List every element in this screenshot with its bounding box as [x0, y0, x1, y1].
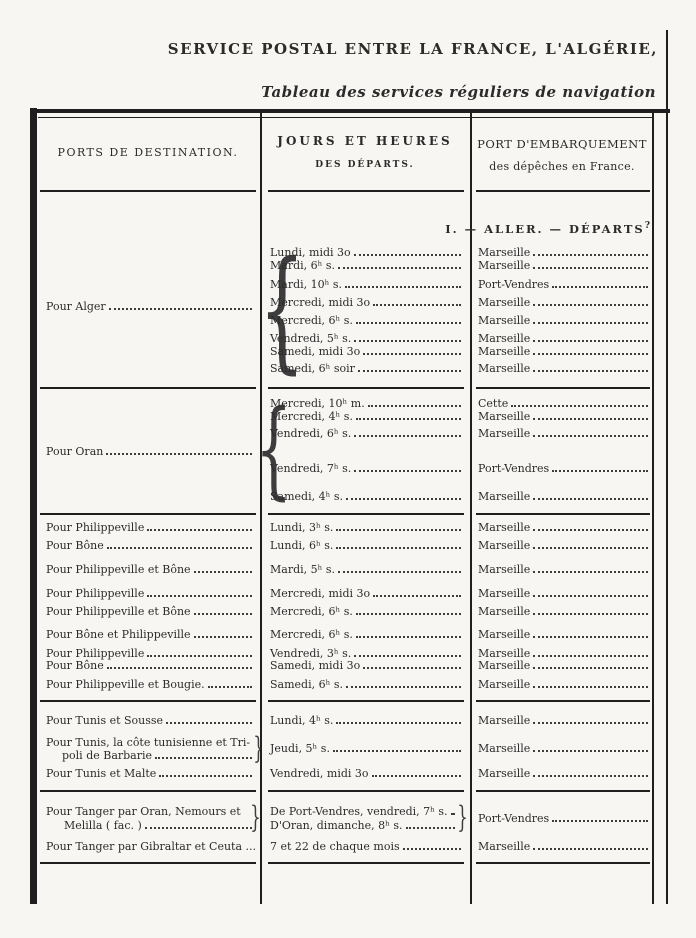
destination-label: Pour Philippeville et Bône: [46, 605, 253, 618]
block-separator: [268, 700, 464, 702]
embarkation-port: Marseille: [478, 259, 649, 272]
destination-label-line1: Pour Tanger par Oran, Nemours et: [46, 805, 253, 818]
embarkation-port: Cette: [478, 397, 649, 410]
dot-leader: [533, 529, 648, 531]
dot-leader: [372, 775, 461, 777]
dot-leader: [533, 571, 648, 573]
embarkation-port: Port-Vendres: [478, 462, 649, 475]
dot-leader: [107, 667, 252, 669]
header-ports-destination: PORTS DE DESTINATION.: [36, 146, 260, 159]
embarkation-port: Marseille: [478, 296, 649, 309]
table-border-right-outer: [666, 30, 668, 904]
dot-leader: [356, 636, 461, 638]
scanned-timetable-page: SERVICE POSTAL ENTRE LA FRANCE, L'ALGÉRI…: [0, 0, 696, 938]
destination-label: Pour Oran: [46, 445, 253, 458]
dot-leader: [145, 827, 252, 829]
page-subtitle: Tableau des services réguliers de naviga…: [0, 83, 656, 101]
departure-time: Mercredi, 4ʰ s.: [270, 410, 462, 423]
table-border-left: [30, 108, 37, 904]
dot-leader: [373, 595, 461, 597]
dot-leader: [451, 813, 455, 815]
dot-leader: [511, 405, 648, 407]
departure-time: Mercredi, midi 3o: [270, 296, 462, 309]
header-des-departs: DES DÉPARTS.: [264, 160, 466, 170]
departure-time: Vendredi, midi 3o: [270, 767, 462, 780]
header-jours-heures: JOURS ET HEURES: [264, 134, 466, 148]
dot-leader: [338, 571, 461, 573]
block-separator: [476, 862, 650, 864]
departure-time: Vendredi, 6ʰ s.: [270, 427, 462, 440]
page-title: SERVICE POSTAL ENTRE LA FRANCE, L'ALGÉRI…: [0, 40, 658, 58]
destination-label-line2: poli de Barbarie: [62, 749, 253, 762]
table-border-top-thick: [30, 109, 670, 113]
table-border-top-thin: [38, 117, 652, 118]
departure-time: Mardi, 10ʰ s.: [270, 278, 462, 291]
dot-leader: [552, 470, 648, 472]
destination-label: Pour Philippeville: [46, 521, 253, 534]
embarkation-port: Port-Vendres: [478, 812, 649, 825]
embarkation-port: Marseille: [478, 628, 649, 641]
departure-time: Mercredi, 6ʰ s.: [270, 628, 462, 641]
departure-time: Mercredi, 6ʰ s.: [270, 605, 462, 618]
dot-leader: [533, 686, 648, 688]
destination-label: Pour Philippeville et Bône: [46, 563, 253, 576]
departure-time-line2: D'Oran, dimanche, 8ʰ s.: [270, 819, 456, 832]
departure-time: Mercredi, 6ʰ s.: [270, 314, 462, 327]
block-separator: [476, 790, 650, 792]
departure-time: Mercredi, 10ʰ m.: [270, 397, 462, 410]
embarkation-port: Marseille: [478, 362, 649, 375]
dot-leader: [109, 308, 252, 310]
dot-leader: [194, 613, 252, 615]
embarkation-port: Marseille: [478, 678, 649, 691]
dot-leader: [533, 775, 648, 777]
destination-label-line1: Pour Tunis, la côte tunisienne et Tri-: [46, 736, 253, 749]
dot-leader: [338, 267, 461, 269]
embarkation-port: Marseille: [478, 521, 649, 534]
dot-leader: [159, 775, 252, 777]
dot-leader: [533, 340, 648, 342]
embarkation-port: Marseille: [478, 246, 649, 259]
header-rule-col2: [268, 190, 464, 192]
embarkation-port: Marseille: [478, 410, 649, 423]
departure-time: Mercredi, midi 3o: [270, 587, 462, 600]
destination-label: Pour Bône et Philippeville: [46, 628, 253, 641]
departure-time: Samedi, midi 3o: [270, 345, 462, 358]
embarkation-port: Marseille: [478, 767, 649, 780]
departure-time: Lundi, 4ʰ s.: [270, 714, 462, 727]
dot-leader: [533, 435, 648, 437]
destination-label: Pour Philippeville et Bougie.: [46, 678, 253, 691]
block-separator: [476, 700, 650, 702]
embarkation-port: Marseille: [478, 563, 649, 576]
dot-leader: [368, 405, 461, 407]
dot-leader: [533, 370, 648, 372]
dot-leader: [346, 498, 461, 500]
dot-leader: [356, 418, 461, 420]
dot-leader: [363, 353, 461, 355]
embarkation-port: Marseille: [478, 605, 649, 618]
dot-leader: [552, 286, 648, 288]
block-separator: [268, 387, 464, 389]
block-separator: [268, 862, 464, 864]
dot-leader: [533, 655, 648, 657]
block-separator: [40, 862, 256, 864]
embarkation-port: Marseille: [478, 332, 649, 345]
dot-leader: [533, 254, 648, 256]
label-brace: }: [253, 733, 264, 765]
dot-leader: [194, 636, 252, 638]
dot-leader: [363, 667, 461, 669]
dot-leader: [166, 722, 252, 724]
dot-leader: [533, 304, 648, 306]
dot-leader: [358, 370, 461, 372]
dot-leader: [552, 820, 648, 822]
departure-time: 7 et 22 de chaque mois: [270, 840, 462, 853]
dot-leader: [533, 667, 648, 669]
departure-time: Vendredi, 7ʰ s.: [270, 462, 462, 475]
dot-leader: [155, 757, 252, 759]
departure-time: Lundi, 3ʰ s.: [270, 521, 462, 534]
destination-label: Pour Philippeville: [46, 587, 253, 600]
dot-leader: [403, 848, 461, 850]
embarkation-port: Port-Vendres: [478, 278, 649, 291]
dot-leader: [346, 686, 461, 688]
block-separator: [40, 790, 256, 792]
destination-label-line2: Melilla ( fac. ): [64, 819, 253, 832]
embarkation-port: Marseille: [478, 314, 649, 327]
header-depeches-france: des dépêches en France.: [472, 160, 652, 173]
departure-time: Samedi, 4ʰ s.: [270, 490, 462, 503]
destination-label: Pour Tanger par Gibraltar et Ceuta ...: [46, 840, 253, 853]
departure-time: Mardi, 5ʰ s.: [270, 563, 462, 576]
destination-label: Pour Tunis et Malte: [46, 767, 253, 780]
embarkation-port: Marseille: [478, 659, 649, 672]
dot-leader: [208, 686, 252, 688]
departure-time: Samedi, 6ʰ s.: [270, 678, 462, 691]
departure-time: Samedi, 6ʰ soir: [270, 362, 462, 375]
dot-leader: [194, 571, 252, 573]
destination-label: Pour Alger: [46, 300, 253, 313]
embarkation-port: Marseille: [478, 539, 649, 552]
block-separator: [268, 513, 464, 515]
dot-leader: [533, 322, 648, 324]
dot-leader: [533, 498, 648, 500]
dot-leader: [533, 636, 648, 638]
dot-leader: [354, 655, 461, 657]
dot-leader: [333, 750, 461, 752]
block-separator: [476, 513, 650, 515]
dot-leader: [354, 435, 461, 437]
label-brace: }: [250, 802, 261, 834]
departure-time: Samedi, midi 3o: [270, 659, 462, 672]
dot-leader: [147, 529, 252, 531]
dot-leader: [354, 254, 461, 256]
dot-leader: [336, 547, 461, 549]
section-title-aller-departs: I. — ALLER. — DÉPARTS?: [300, 221, 650, 236]
departure-time-line1: De Port-Vendres, vendredi, 7ʰ s.: [270, 805, 456, 818]
dot-leader: [107, 547, 252, 549]
departure-time: Lundi, midi 3o: [270, 246, 462, 259]
block-separator: [268, 790, 464, 792]
embarkation-port: Marseille: [478, 742, 649, 755]
dot-leader: [354, 470, 461, 472]
dot-leader: [533, 353, 648, 355]
block-separator: [40, 513, 256, 515]
header-rule-col3: [476, 190, 650, 192]
departure-time: Jeudi, 5ʰ s.: [270, 742, 462, 755]
departure-time: Mardi, 6ʰ s.: [270, 259, 462, 272]
dot-leader: [533, 722, 648, 724]
dot-leader: [354, 340, 461, 342]
dot-leader: [533, 750, 648, 752]
header-port-embarquement: PORT D'EMBARQUEMENT: [472, 137, 652, 151]
embarkation-port: Marseille: [478, 714, 649, 727]
block-separator: [40, 700, 256, 702]
table-border-right-inner: [652, 113, 654, 904]
departure-time: Lundi, 6ʰ s.: [270, 539, 462, 552]
dot-leader: [406, 827, 455, 829]
destination-label: Pour Bône: [46, 659, 253, 672]
header-rule-col1: [40, 190, 256, 192]
dot-leader: [356, 322, 461, 324]
dot-leader: [356, 613, 461, 615]
dot-leader: [336, 722, 461, 724]
embarkation-port: Marseille: [478, 840, 649, 853]
dot-leader: [373, 304, 461, 306]
dot-leader: [147, 595, 252, 597]
dot-leader: [345, 286, 461, 288]
time-brace: }: [457, 802, 468, 834]
dot-leader: [147, 655, 252, 657]
section-footnote-mark: ?: [645, 221, 650, 231]
destination-label: Pour Bône: [46, 539, 253, 552]
embarkation-port: Marseille: [478, 427, 649, 440]
dot-leader: [533, 267, 648, 269]
embarkation-port: Marseille: [478, 490, 649, 503]
destination-label: Pour Tunis et Sousse: [46, 714, 253, 727]
block-separator: [40, 387, 256, 389]
dot-leader: [106, 453, 252, 455]
embarkation-port: Marseille: [478, 345, 649, 358]
dot-leader: [336, 529, 461, 531]
dot-leader: [533, 848, 648, 850]
dot-leader: [533, 418, 648, 420]
departure-time: Vendredi, 5ʰ s.: [270, 332, 462, 345]
dot-leader: [533, 613, 648, 615]
embarkation-port: Marseille: [478, 587, 649, 600]
block-separator: [476, 387, 650, 389]
dot-leader: [533, 595, 648, 597]
dot-leader: [533, 547, 648, 549]
